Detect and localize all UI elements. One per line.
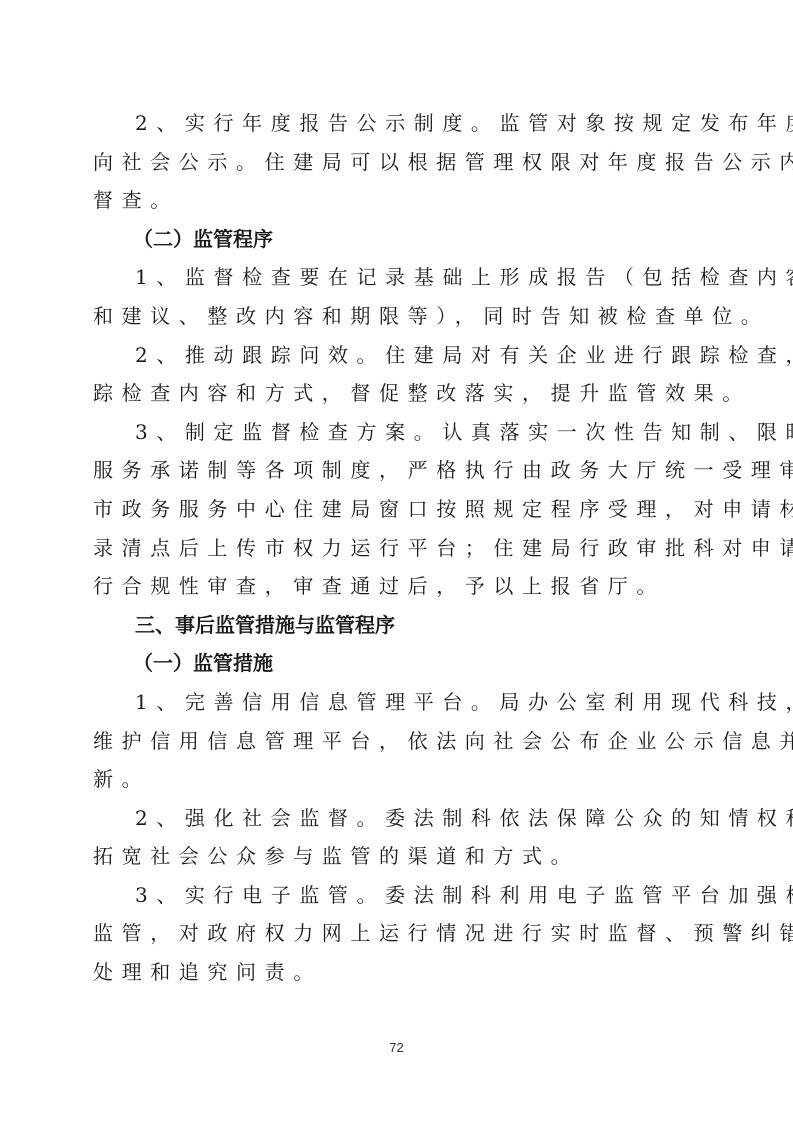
chapter-heading-post-supervision: 三、事后监管措施与监管程序 [93,606,699,645]
text-line: 拓宽社会公众参与监管的渠道和方式。 [93,837,699,876]
text-line: 1、完善信用信息管理平台。局办公室利用现代科技，建设和 [93,683,699,722]
paragraph-social-supervision: 2、强化社会监督。委法制科依法保障公众的知情权和监督权， 拓宽社会公众参与监管的… [93,799,699,876]
section-heading-supervision-measures: （一）监管措施 [93,644,699,683]
text-line: 监管，对政府权力网上运行情况进行实时监督、预警纠错、投诉 [93,914,699,953]
paragraph-electronic-supervision: 3、实行电子监管。委法制科利用电子监管平台加强权力运行 监管，对政府权力网上运行… [93,876,699,992]
text-line: 踪检查内容和方式，督促整改落实，提升监管效果。 [93,374,699,413]
text-line: 新。 [93,760,699,799]
text-line: 行合规性审查，审查通过后，予以上报省厅。 [93,567,699,606]
text-line: 2、实行年度报告公示制度。监管对象按规定发布年度报告， [93,104,699,143]
text-line: 督查。 [93,181,699,220]
section-heading-supervision-procedure: （二）监管程序 [93,220,699,259]
text-line: 和建议、整改内容和期限等），同时告知被检查单位。 [93,297,699,336]
text-line: 市政务服务中心住建局窗口按照规定程序受理，对申请材料按目 [93,490,699,529]
page-body: 2、实行年度报告公示制度。监管对象按规定发布年度报告， 向社会公示。住建局可以根… [93,104,699,992]
text-line: 服务承诺制等各项制度，严格执行由政务大厅统一受理审批制度。 [93,451,699,490]
paragraph-annual-report-disclosure: 2、实行年度报告公示制度。监管对象按规定发布年度报告， 向社会公示。住建局可以根… [93,104,699,220]
paragraph-credit-platform: 1、完善信用信息管理平台。局办公室利用现代科技，建设和 维护信用信息管理平台，依… [93,683,699,799]
text-line: 向社会公示。住建局可以根据管理权限对年度报告公示内容进行 [93,143,699,182]
page-number: 72 [0,1040,793,1055]
text-line: 维护信用信息管理平台，依法向社会公布企业公示信息并实时更 [93,722,699,761]
text-line: 2、强化社会监督。委法制科依法保障公众的知情权和监督权， [93,799,699,838]
paragraph-inspection-plan: 3、制定监督检查方案。认真落实一次性告知制、限时办结制、 服务承诺制等各项制度，… [93,413,699,606]
text-line: 处理和追究问责。 [93,953,699,992]
text-line: 3、制定监督检查方案。认真落实一次性告知制、限时办结制、 [93,413,699,452]
paragraph-follow-up-tracking: 2、推动跟踪问效。住建局对有关企业进行跟踪检查，明确跟 踪检查内容和方式，督促整… [93,336,699,413]
document-page: 2、实行年度报告公示制度。监管对象按规定发布年度报告， 向社会公示。住建局可以根… [0,0,793,1122]
paragraph-inspection-report: 1、监督检查要在记录基础上形成报告（包括检查内容、问题 和建议、整改内容和期限等… [93,258,699,335]
text-line: 3、实行电子监管。委法制科利用电子监管平台加强权力运行 [93,876,699,915]
text-line: 录清点后上传市权力运行平台；住建局行政审批科对申请材料进 [93,529,699,568]
text-line: 1、监督检查要在记录基础上形成报告（包括检查内容、问题 [93,258,699,297]
text-line: 2、推动跟踪问效。住建局对有关企业进行跟踪检查，明确跟 [93,336,699,375]
